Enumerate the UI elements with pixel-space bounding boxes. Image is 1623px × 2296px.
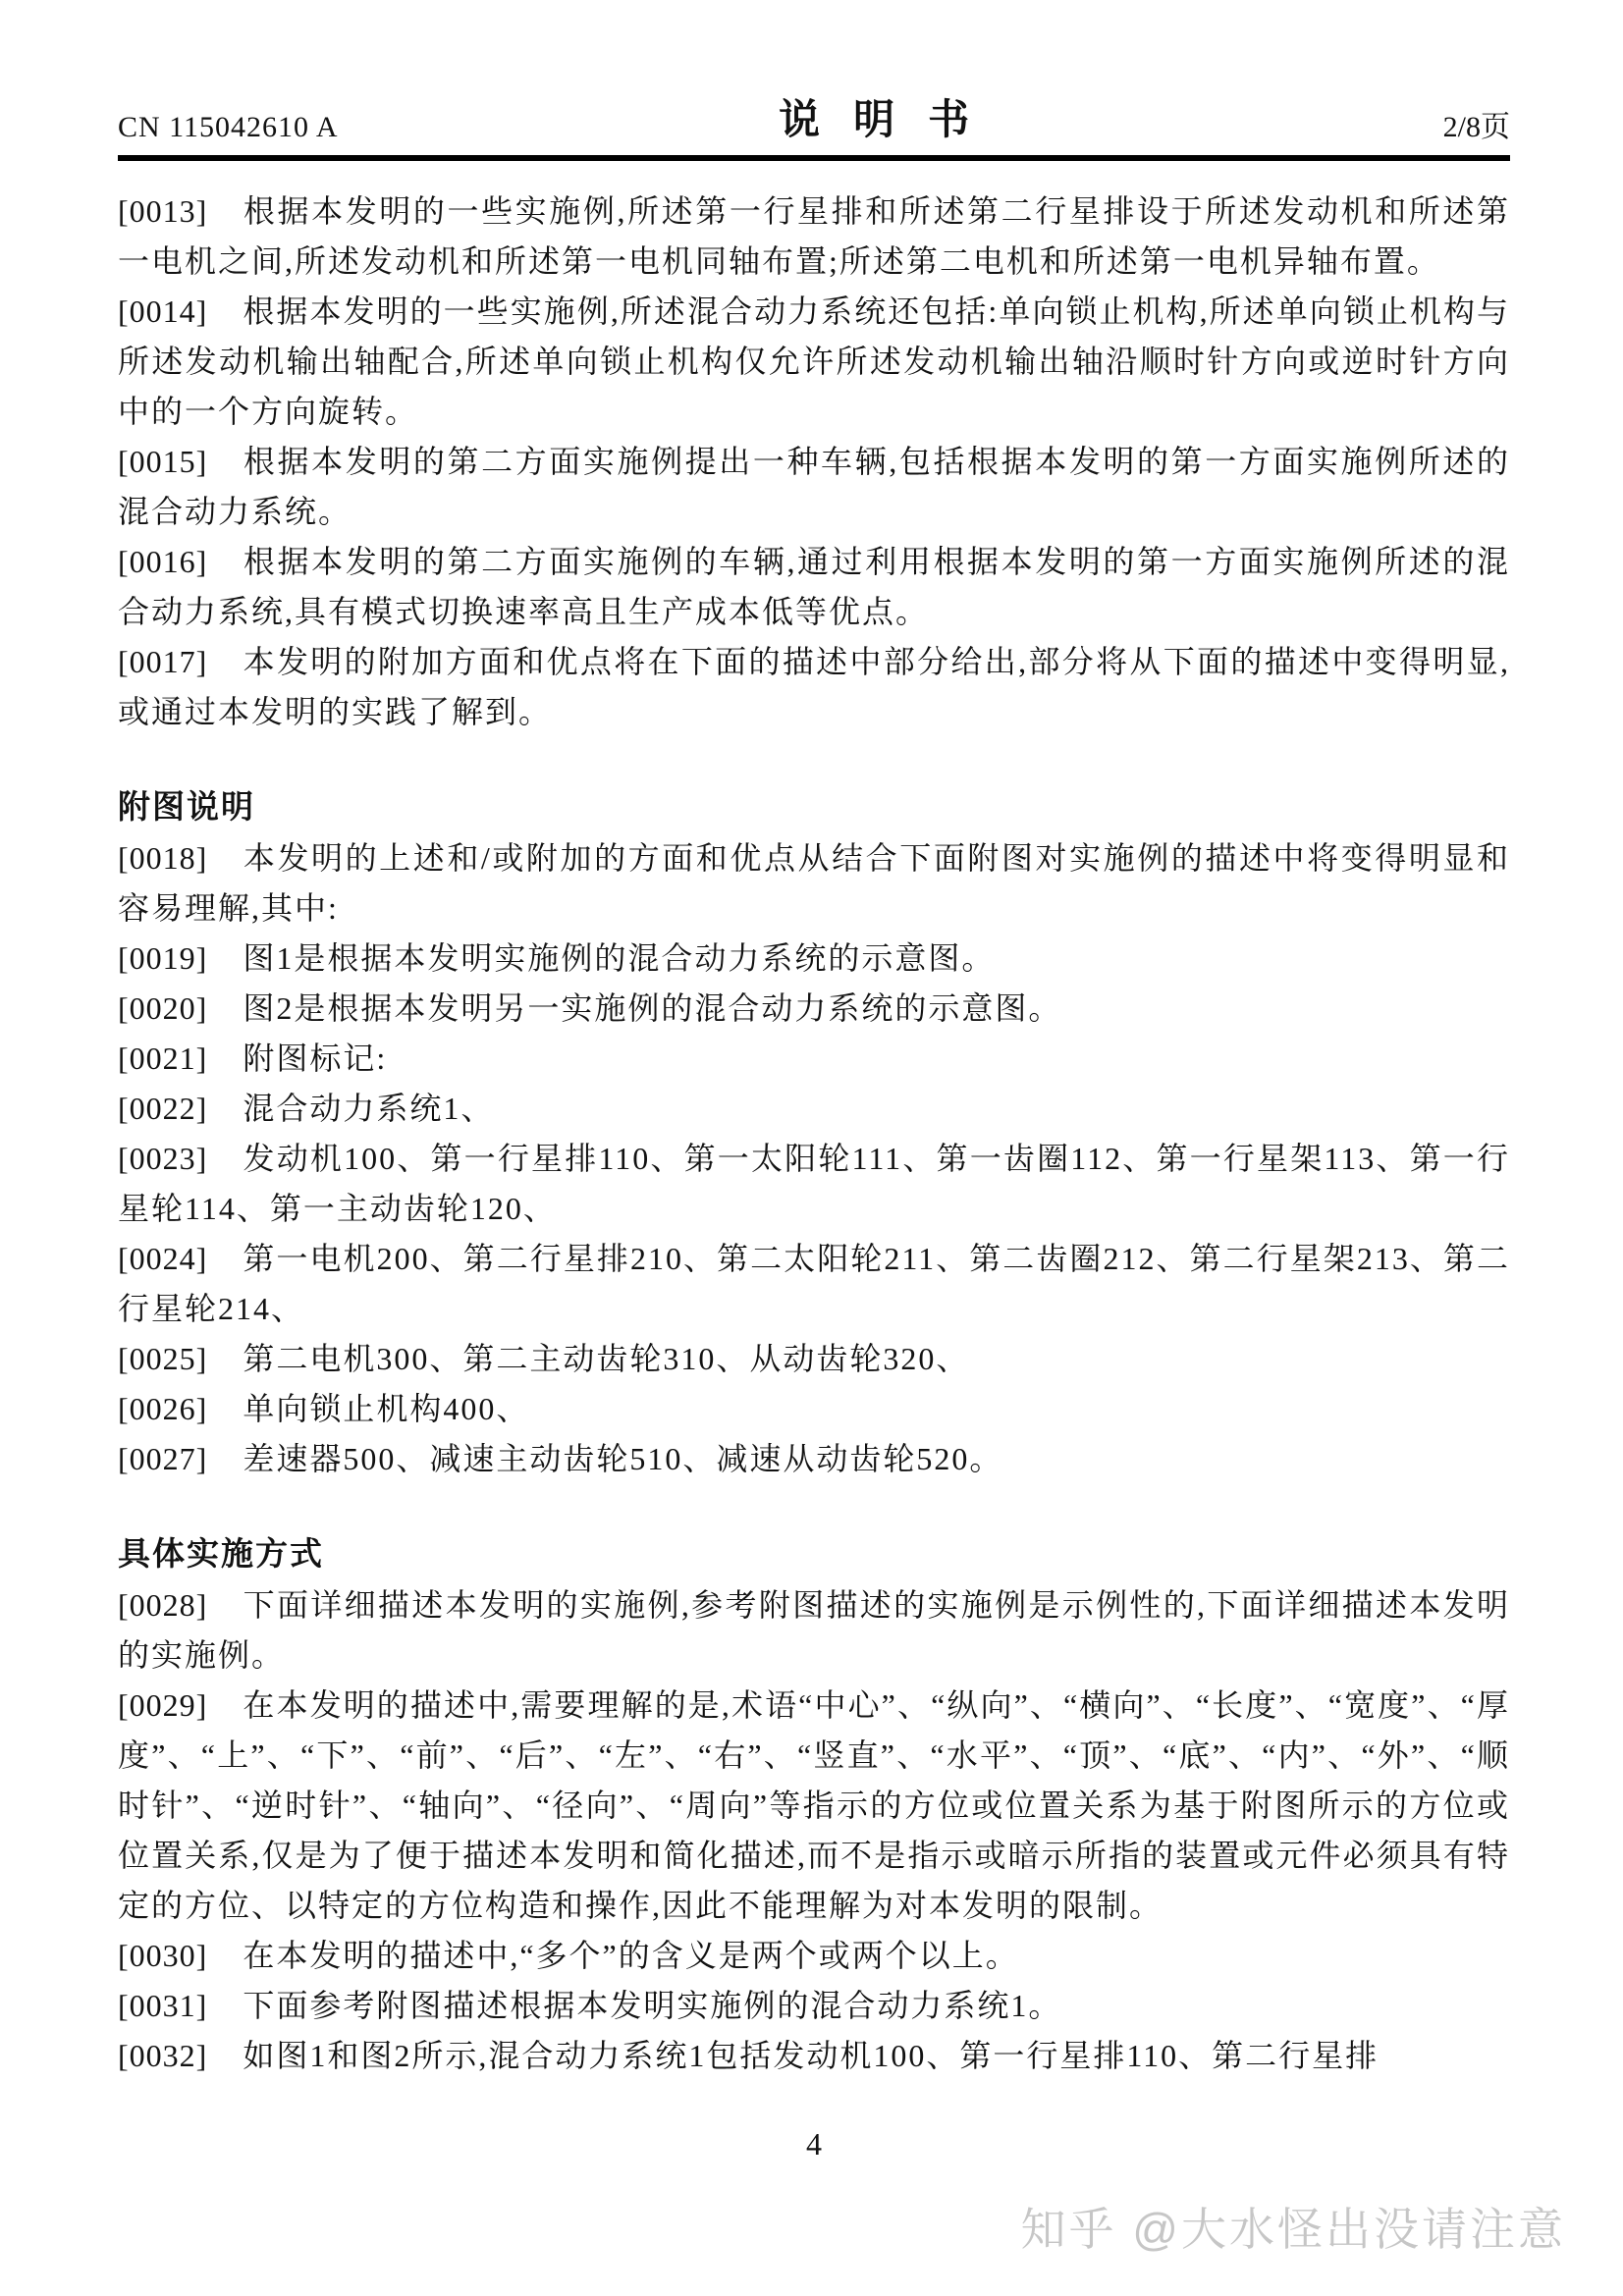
- paragraph-text: 发动机100、第一行星排110、第一太阳轮111、第一齿圈112、第一行星架11…: [118, 1141, 1510, 1226]
- sheet-indicator: 2/8页: [1443, 111, 1510, 143]
- paragraph-number: [0014]: [118, 294, 207, 329]
- paragraph-number: [0017]: [118, 644, 207, 679]
- paragraph-text: 第二电机300、第二主动齿轮310、从动齿轮320、: [243, 1341, 969, 1376]
- paragraph-text: 混合动力系统1、: [243, 1091, 494, 1126]
- paragraph-text: 图1是根据本发明实施例的混合动力系统的示意图。: [243, 940, 995, 976]
- paragraph-number: [0022]: [118, 1091, 207, 1126]
- paragraph-number: [0026]: [118, 1391, 207, 1426]
- paragraph-text: 根据本发明的一些实施例,所述第一行星排和所述第二行星排设于所述发动机和所述第一电…: [118, 193, 1510, 279]
- watermark: 知乎 @大水怪出没请注意: [1021, 2194, 1566, 2259]
- paragraph-number: [0029]: [118, 1687, 207, 1723]
- paragraph-number: [0015]: [118, 444, 207, 479]
- page-number: 4: [118, 2124, 1510, 2163]
- patent-paragraph: [0022]混合动力系统1、: [118, 1084, 1510, 1134]
- patent-paragraph: [0020]图2是根据本发明另一实施例的混合动力系统的示意图。: [118, 984, 1510, 1034]
- paragraph-text: 在本发明的描述中,需要理解的是,术语“中心”、“纵向”、“横向”、“长度”、“宽…: [118, 1687, 1510, 1923]
- patent-page: CN 115042610 A 说明书 2/8页 [0013]根据本发明的一些实施…: [0, 0, 1623, 2296]
- paragraph-number: [0021]: [118, 1041, 207, 1076]
- document-number: CN 115042610 A: [118, 111, 339, 143]
- paragraph-number: [0032]: [118, 2038, 207, 2073]
- paragraph-text: 下面详细描述本发明的实施例,参考附图描述的实施例是示例性的,下面详细描述本发明的…: [118, 1587, 1510, 1673]
- paragraph-text: 单向锁止机构400、: [243, 1391, 529, 1426]
- paragraph-number: [0031]: [118, 1988, 207, 2023]
- patent-paragraph: [0026]单向锁止机构400、: [118, 1384, 1510, 1434]
- paragraph-text: 差速器500、减速主动齿轮510、减速从动齿轮520。: [243, 1441, 1002, 1476]
- paragraph-text: 根据本发明的第二方面实施例的车辆,通过利用根据本发明的第一方面实施例所述的混合动…: [118, 544, 1510, 629]
- paragraph-number: [0019]: [118, 940, 207, 976]
- patent-paragraph: [0029]在本发明的描述中,需要理解的是,术语“中心”、“纵向”、“横向”、“…: [118, 1681, 1510, 1931]
- paragraph-number: [0030]: [118, 1938, 207, 1973]
- patent-paragraph: [0025]第二电机300、第二主动齿轮310、从动齿轮320、: [118, 1334, 1510, 1384]
- patent-paragraph: [0015]根据本发明的第二方面实施例提出一种车辆,包括根据本发明的第一方面实施…: [118, 437, 1510, 537]
- patent-paragraph: [0014]根据本发明的一些实施例,所述混合动力系统还包括:单向锁止机构,所述单…: [118, 287, 1510, 437]
- paragraph-number: [0027]: [118, 1441, 207, 1476]
- patent-paragraph: [0027]差速器500、减速主动齿轮510、减速从动齿轮520。: [118, 1434, 1510, 1484]
- document-title: 说明书: [745, 98, 1002, 143]
- paragraph-number: [0025]: [118, 1341, 207, 1376]
- paragraph-text: 根据本发明的一些实施例,所述混合动力系统还包括:单向锁止机构,所述单向锁止机构与…: [118, 294, 1510, 429]
- patent-paragraph: [0016]根据本发明的第二方面实施例的车辆,通过利用根据本发明的第一方面实施例…: [118, 537, 1510, 637]
- paragraph-text: 在本发明的描述中,“多个”的含义是两个或两个以上。: [243, 1938, 1018, 1973]
- paragraph-number: [0020]: [118, 990, 207, 1026]
- paragraph-text: 本发明的上述和/或附加的方面和优点从结合下面附图对实施例的描述中将变得明显和容易…: [118, 840, 1510, 926]
- paragraph-text: 附图标记:: [243, 1041, 387, 1076]
- paragraph-number: [0028]: [118, 1587, 207, 1623]
- paragraph-number: [0018]: [118, 840, 207, 876]
- paragraph-text: 根据本发明的第二方面实施例提出一种车辆,包括根据本发明的第一方面实施例所述的混合…: [118, 444, 1510, 529]
- patent-paragraph: [0028]下面详细描述本发明的实施例,参考附图描述的实施例是示例性的,下面详细…: [118, 1580, 1510, 1681]
- patent-paragraph: [0031]下面参考附图描述根据本发明实施例的混合动力系统1。: [118, 1981, 1510, 2031]
- patent-paragraph: [0017]本发明的附加方面和优点将在下面的描述中部分给出,部分将从下面的描述中…: [118, 637, 1510, 737]
- patent-paragraph: [0030]在本发明的描述中,“多个”的含义是两个或两个以上。: [118, 1931, 1510, 1981]
- patent-paragraph: [0013]根据本发明的一些实施例,所述第一行星排和所述第二行星排设于所述发动机…: [118, 187, 1510, 287]
- header-divider: [118, 155, 1510, 161]
- paragraph-text: 第一电机200、第二行星排210、第二太阳轮211、第二齿圈212、第二行星架2…: [118, 1241, 1510, 1326]
- patent-paragraph: [0024]第一电机200、第二行星排210、第二太阳轮211、第二齿圈212、…: [118, 1234, 1510, 1334]
- paragraph-text: 下面参考附图描述根据本发明实施例的混合动力系统1。: [243, 1988, 1061, 2023]
- paragraph-text: 本发明的附加方面和优点将在下面的描述中部分给出,部分将从下面的描述中变得明显,或…: [118, 644, 1510, 729]
- paragraph-number: [0023]: [118, 1141, 207, 1176]
- paragraph-text: 图2是根据本发明另一实施例的混合动力系统的示意图。: [243, 990, 1061, 1026]
- patent-paragraph: [0018]本发明的上述和/或附加的方面和优点从结合下面附图对实施例的描述中将变…: [118, 833, 1510, 934]
- paragraph-number: [0013]: [118, 193, 207, 229]
- paragraph-number: [0024]: [118, 1241, 207, 1276]
- patent-paragraph: [0023]发动机100、第一行星排110、第一太阳轮111、第一齿圈112、第…: [118, 1134, 1510, 1234]
- patent-paragraph: [0032]如图1和图2所示,混合动力系统1包括发动机100、第一行星排110、…: [118, 2031, 1510, 2081]
- patent-paragraph: [0019]图1是根据本发明实施例的混合动力系统的示意图。: [118, 934, 1510, 984]
- specification-body: [0013]根据本发明的一些实施例,所述第一行星排和所述第二行星排设于所述发动机…: [118, 187, 1510, 2163]
- section-heading-figure-description: 附图说明: [118, 783, 1510, 833]
- paragraph-text: 如图1和图2所示,混合动力系统1包括发动机100、第一行星排110、第二行星排: [243, 2038, 1379, 2073]
- section-heading-detailed-description: 具体实施方式: [118, 1530, 1510, 1580]
- page-header: CN 115042610 A 说明书 2/8页: [118, 98, 1510, 143]
- paragraph-number: [0016]: [118, 544, 207, 579]
- patent-paragraph: [0021]附图标记:: [118, 1034, 1510, 1084]
